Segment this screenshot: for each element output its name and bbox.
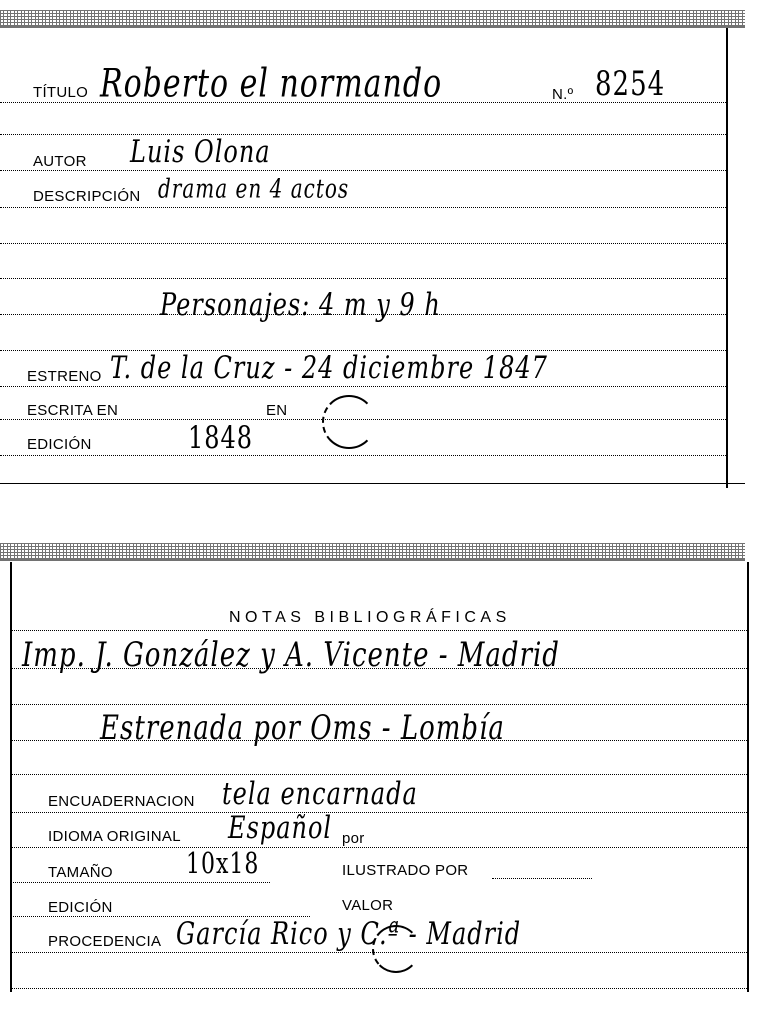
- idioma-original-value: Español: [228, 810, 332, 846]
- procedencia-label: PROCEDENCIA: [48, 933, 161, 950]
- ilustrado-por-line: [492, 878, 592, 879]
- edicion-bottom-label: EDICIÓN: [48, 899, 113, 916]
- titulo-line: [0, 102, 726, 103]
- note-1: Imp. J. González y A. Vicente - Madrid: [22, 636, 560, 675]
- tamano-label: TAMAÑO: [48, 864, 113, 881]
- descripcion-line: [0, 207, 726, 208]
- numero-value: 8254: [595, 65, 665, 104]
- encuadernacion-line: [10, 812, 747, 813]
- escrita-en-line: [0, 419, 726, 420]
- autor-label: AUTOR: [33, 153, 87, 170]
- blank-line: [0, 134, 726, 135]
- card-bottom-edge-texture: [0, 543, 745, 559]
- ink-stamp-mark: [322, 395, 376, 449]
- notes-line: [10, 668, 747, 669]
- encuadernacion-value: tela encarnada: [222, 776, 418, 812]
- encuadernacion-label: ENCUADERNACION: [48, 793, 195, 810]
- idioma-original-line: [10, 847, 747, 848]
- blank-line: [0, 278, 726, 279]
- idioma-original-label: IDIOMA ORIGINAL: [48, 828, 181, 845]
- notes-line: [10, 740, 747, 741]
- descripcion-value: drama en 4 actos: [158, 173, 349, 204]
- card-top-edge-texture: [0, 10, 745, 26]
- numero-label: N.º: [552, 86, 573, 103]
- estreno-label: ESTRENO: [27, 368, 102, 385]
- notas-heading: NOTAS BIBLIOGRÁFICAS: [229, 609, 511, 627]
- tamano-value: 10x18: [186, 849, 259, 882]
- bottom-line: [10, 988, 747, 989]
- ink-stamp-mark: [372, 925, 420, 973]
- edicion-value: 1848: [188, 420, 253, 456]
- blank-line: [0, 243, 726, 244]
- valor-label: VALOR: [342, 897, 393, 914]
- procedencia-line: [10, 952, 747, 953]
- procedencia-value: García Rico y C.ª - Madrid: [176, 916, 521, 952]
- notes-line: [10, 704, 747, 705]
- descripcion-label: DESCRIPCIÓN: [33, 188, 140, 205]
- escrita-en-label: ESCRITA EN: [27, 402, 118, 419]
- titulo-value: Roberto el normando: [100, 62, 442, 108]
- edicion-line: [0, 455, 726, 456]
- titulo-label: TÍTULO: [33, 84, 88, 101]
- personajes-line: [0, 314, 726, 315]
- tamano-line: [10, 882, 270, 883]
- autor-line: [0, 170, 726, 171]
- note-2: Estrenada por Oms - Lombía: [100, 709, 505, 748]
- edicion-label: EDICIÓN: [27, 436, 92, 453]
- card-top-bottom-edge: [0, 483, 745, 484]
- estreno-line: [0, 386, 726, 387]
- ilustrado-por-label: ILUSTRADO POR: [342, 862, 468, 879]
- personajes-value: Personajes: 4 m y 9 h: [160, 287, 441, 323]
- notes-line: [10, 630, 747, 631]
- estreno-value: T. de la Cruz - 24 diciembre 1847: [110, 350, 548, 386]
- por-label: por: [342, 830, 365, 847]
- autor-value: Luis Olona: [130, 134, 271, 170]
- escrita-en-sublabel: EN: [266, 402, 287, 419]
